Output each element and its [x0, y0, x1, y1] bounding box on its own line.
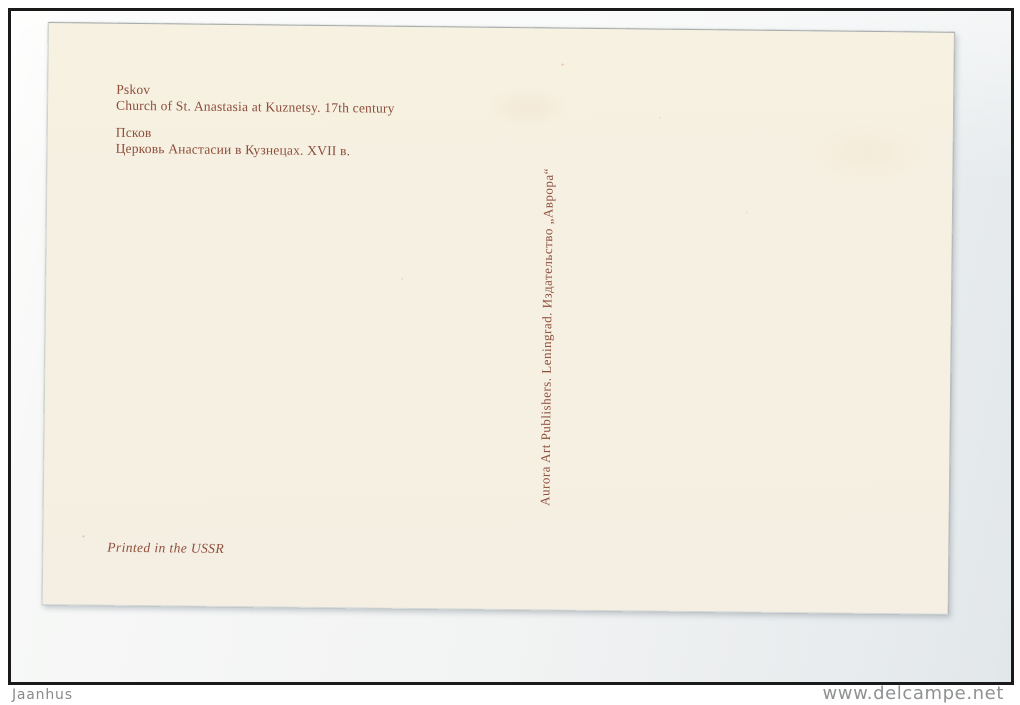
caption-russian: Псков Церковь Анастасии в Кузнецах. XVII…: [116, 125, 351, 159]
caption-english: Pskov Church of St. Anastasia at Kuznets…: [116, 82, 395, 116]
caption-en-subtitle: Church of St. Anastasia at Kuznetsy. 17t…: [116, 97, 395, 116]
watermark-site-url: www.delcampe.net: [822, 683, 1004, 704]
watermark-seller-name: Jaanhus: [12, 687, 73, 703]
publisher-imprint-vertical: Aurora Art Publishers. Leningrad. Издате…: [537, 147, 558, 527]
caption-ru-title: Псков: [116, 125, 351, 143]
postcard-back: Pskov Church of St. Anastasia at Kuznets…: [42, 22, 955, 615]
printed-in-ussr-note: Printed in the USSR: [107, 540, 224, 557]
scanned-postcard-page: Pskov Church of St. Anastasia at Kuznets…: [0, 0, 1020, 705]
scanner-bed-frame: Pskov Church of St. Anastasia at Kuznets…: [8, 8, 1014, 685]
caption-ru-subtitle: Церковь Анастасии в Кузнецах. XVII в.: [116, 140, 351, 158]
